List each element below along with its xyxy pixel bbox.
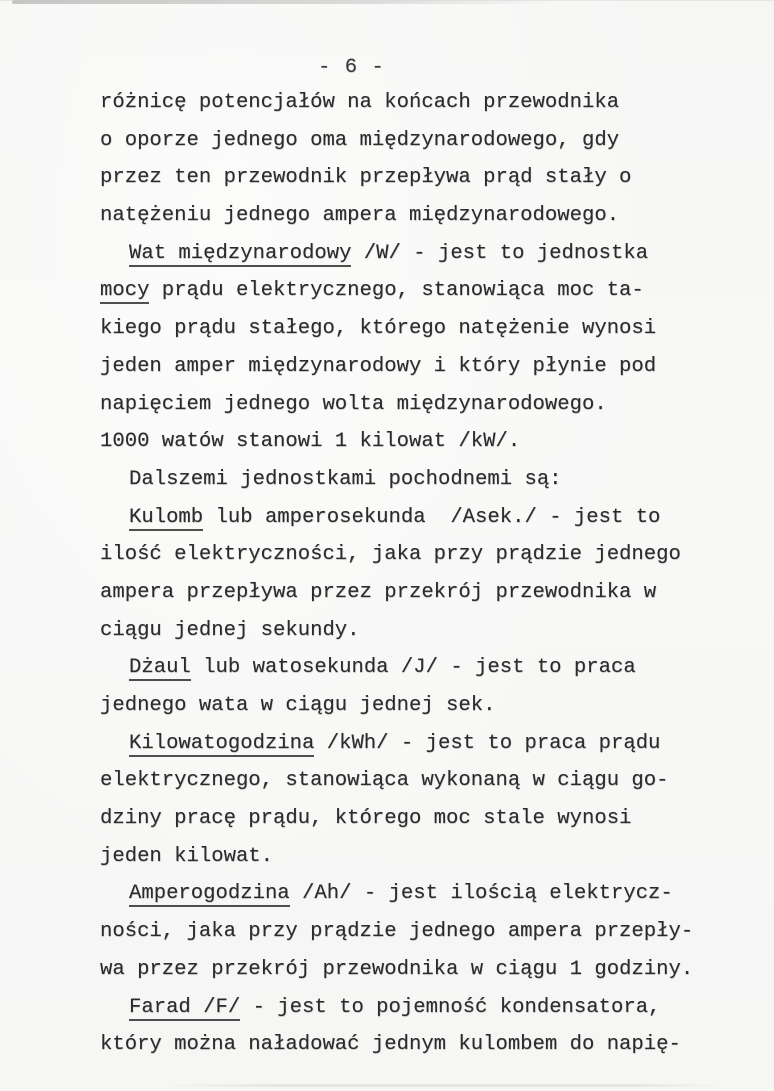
- text-segment: o oporze jednego oma międzynarodowego, g…: [100, 129, 619, 152]
- text-segment: natężeniu jednego ampera międzynarodoweg…: [100, 204, 619, 227]
- text-line: Farad /F/ - jest to pojemność kondensato…: [100, 989, 740, 1027]
- text-segment: jeden amper międzynarodowy i który płyni…: [100, 355, 656, 378]
- text-segment: wa przez przekrój przewodnika w ciągu 1 …: [100, 958, 693, 981]
- text-line: ności, jaka przy prądzie jednego ampera …: [100, 913, 740, 951]
- text-segment: dziny pracę prądu, którego moc stale wyn…: [100, 807, 631, 830]
- text-line: natężeniu jednego ampera międzynarodoweg…: [100, 197, 740, 235]
- text-line: jeden amper międzynarodowy i który płyni…: [100, 348, 740, 386]
- text-line: który można naładować jednym kulombem do…: [100, 1026, 740, 1064]
- text-segment: 1000 watów stanowi 1 kilowat /kW/.: [100, 430, 520, 453]
- text-segment: lub watosekunda /J/ - jest to praca: [191, 656, 636, 679]
- term-kilowatogodzina: Kilowatogodzina: [129, 732, 314, 757]
- text-line: mocy prądu elektrycznego, stanowiąca moc…: [100, 272, 740, 310]
- text-segment: ilość elektryczności, jaka przy prądzie …: [100, 543, 681, 566]
- text-line: Amperogodzina /Ah/ - jest ilością elektr…: [100, 875, 740, 913]
- text-segment: Dalszemi jednostkami pochodnemi są:: [129, 468, 562, 491]
- text-line: Kulomb lub amperosekunda /Asek./ - jest …: [100, 499, 740, 537]
- text-line: ampera przepływa przez przekrój przewodn…: [100, 574, 740, 612]
- text-line: Wat międzynarodowy /W/ - jest to jednost…: [100, 235, 740, 273]
- text-line: różnicę potencjałów na końcach przewodni…: [100, 84, 740, 122]
- text-line: Kilowatogodzina /kWh/ - jest to praca pr…: [100, 725, 740, 763]
- text-line: jednego wata w ciągu jednej sek.: [100, 687, 740, 725]
- text-line: przez ten przewodnik przepływa prąd stał…: [100, 159, 740, 197]
- text-line: ciągu jednej sekundy.: [100, 612, 740, 650]
- scan-edge-bottom-strip: [160, 1084, 720, 1087]
- text-segment: który można naładować jednym kulombem do…: [100, 1033, 681, 1056]
- text-segment: kiego prądu stałego, którego natężenie w…: [100, 317, 656, 340]
- text-line: o oporze jednego oma międzynarodowego, g…: [100, 122, 740, 160]
- text-segment: /W/ - jest to jednostka: [351, 242, 648, 265]
- text-segment: lub amperosekunda /Asek./ - jest to: [203, 506, 660, 529]
- text-line: kiego prądu stałego, którego natężenie w…: [100, 310, 740, 348]
- text-line: wa przez przekrój przewodnika w ciągu 1 …: [100, 951, 740, 989]
- text-segment: różnicę potencjałów na końcach przewodni…: [100, 91, 619, 114]
- text-line: Dżaul lub watosekunda /J/ - jest to prac…: [100, 649, 740, 687]
- term-dzaul: Dżaul: [129, 656, 191, 681]
- text-segment: napięciem jednego wolta międzynarodowego…: [100, 393, 607, 416]
- text-segment: przez ten przewodnik przepływa prąd stał…: [100, 166, 631, 189]
- text-segment: ampera przepływa przez przekrój przewodn…: [100, 581, 656, 604]
- text-segment: ciągu jednej sekundy.: [100, 619, 360, 642]
- term-wat-miedzynarodowy: Wat międzynarodowy: [129, 242, 351, 267]
- text-segment: jednego wata w ciągu jednej sek.: [100, 694, 495, 717]
- text-segment: - jest to pojemność kondensatora,: [240, 996, 660, 1019]
- text-line: jeden kilowat.: [100, 838, 740, 876]
- text-segment: elektrycznego, stanowiąca wykonaną w cią…: [100, 769, 668, 792]
- text-line: elektrycznego, stanowiąca wykonaną w cią…: [100, 762, 740, 800]
- text-segment: jeden kilowat.: [100, 845, 273, 868]
- term-farad: Farad /F/: [129, 996, 240, 1021]
- term-amperogodzina: Amperogodzina: [129, 882, 290, 907]
- body-text: różnicę potencjałów na końcach przewodni…: [100, 84, 740, 1064]
- term-kulomb: Kulomb: [129, 506, 203, 531]
- page-number: - 6 -: [318, 56, 378, 79]
- scan-edge-top-strip: [12, 0, 557, 4]
- text-segment: /Ah/ - jest ilością elektrycz-: [290, 882, 673, 905]
- text-line: napięciem jednego wolta międzynarodowego…: [100, 386, 740, 424]
- text-line: Dalszemi jednostkami pochodnemi są:: [100, 461, 740, 499]
- text-segment: /kWh/ - jest to praca prądu: [314, 732, 660, 755]
- text-line: 1000 watów stanowi 1 kilowat /kW/.: [100, 423, 740, 461]
- scanned-document-page: { "colors": { "paper": "#f7f7f6", "ink":…: [0, 0, 774, 1091]
- text-line: ilość elektryczności, jaka przy prądzie …: [100, 536, 740, 574]
- term-mocy: mocy: [100, 279, 149, 304]
- text-line: dziny pracę prądu, którego moc stale wyn…: [100, 800, 740, 838]
- text-segment: ności, jaka przy prądzie jednego ampera …: [100, 920, 693, 943]
- text-segment: prądu elektrycznego, stanowiąca moc ta-: [149, 279, 643, 302]
